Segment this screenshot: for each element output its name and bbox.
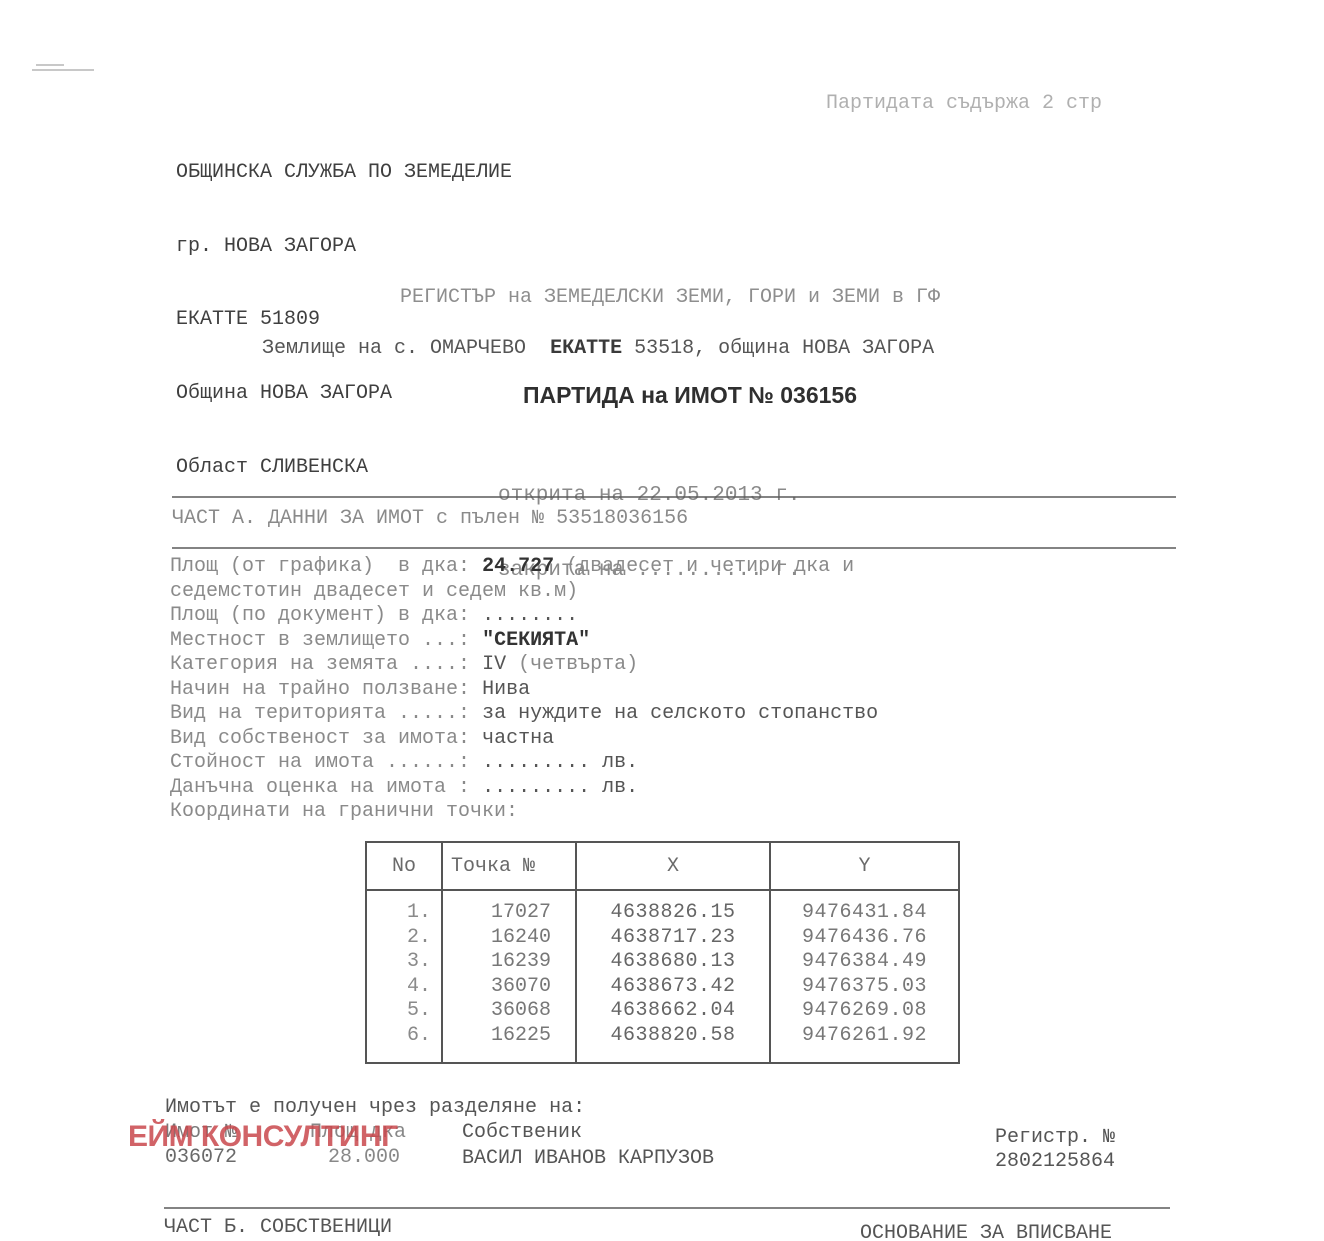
field-value: 24.727 bbox=[482, 555, 554, 578]
field-extra: (двадесет и четири дка и bbox=[554, 555, 854, 578]
cell-y: 9476261.92 bbox=[770, 1024, 959, 1064]
cell-no: 3. bbox=[366, 950, 442, 975]
cell-point: 36068 bbox=[442, 999, 576, 1024]
cell-no: 2. bbox=[366, 926, 442, 951]
property-field-row: Координати на гранични точки: bbox=[170, 800, 878, 825]
office-region: Област СЛИВЕНСКА bbox=[176, 456, 512, 481]
page-count-note: Партидата съдържа 2 стр bbox=[826, 92, 1102, 117]
col-header-point: Точка № bbox=[442, 842, 576, 890]
field-label: Местност в землището ...: bbox=[170, 629, 482, 652]
property-field-row: Данъчна оценка на имота : ......... лв. bbox=[170, 776, 878, 801]
cell-no: 5. bbox=[366, 999, 442, 1024]
field-label: Категория на земята ....: bbox=[170, 653, 482, 676]
cell-x: 4638717.23 bbox=[576, 926, 770, 951]
watermark-logo: ЕЙМ КОНСУЛТИНГ bbox=[128, 1120, 398, 1154]
field-label: Начин на трайно ползване: bbox=[170, 678, 482, 701]
land-ekatte-municipality: 53518, община НОВА ЗАГОРА bbox=[634, 337, 934, 360]
table-row: 6.162254638820.589476261.92 bbox=[366, 1024, 959, 1064]
office-ekatte: ЕКАТТЕ 51809 bbox=[176, 308, 512, 333]
cell-y: 9476384.49 bbox=[770, 950, 959, 975]
land-village: Землище на с. ОМАРЧЕВО bbox=[262, 337, 526, 360]
field-value: ........ bbox=[482, 604, 578, 627]
table-row: 5.360684638662.049476269.08 bbox=[366, 999, 959, 1024]
cell-point: 36070 bbox=[442, 975, 576, 1000]
table-row: 1.170274638826.159476431.84 bbox=[366, 890, 959, 926]
field-label: Данъчна оценка на имота : bbox=[170, 776, 482, 799]
cell-x: 4638680.13 bbox=[576, 950, 770, 975]
field-extra: (четвърта) bbox=[506, 653, 638, 676]
land-ekatte-label: ЕКАТТЕ bbox=[550, 337, 622, 360]
field-label: Вид собственост за имота: bbox=[170, 727, 482, 750]
cell-point: 17027 bbox=[442, 890, 576, 926]
cell-y: 9476436.76 bbox=[770, 926, 959, 951]
split-title: Имотът е получен чрез разделяне на: bbox=[165, 1096, 585, 1121]
property-field-row: Площ (по документ) в дка: ........ bbox=[170, 604, 878, 629]
split-col-owner: Собственик bbox=[462, 1121, 582, 1146]
office-city: гр. НОВА ЗАГОРА bbox=[176, 235, 512, 260]
table-row: 3.162394638680.139476384.49 bbox=[366, 950, 959, 975]
cell-no: 6. bbox=[366, 1024, 442, 1064]
split-reg-number: 2802125864 bbox=[995, 1150, 1115, 1175]
field-label: седемстотин двадесет и седем кв.м) bbox=[170, 580, 578, 603]
property-field-row: седемстотин двадесет и седем кв.м) bbox=[170, 580, 878, 605]
cell-x: 4638662.04 bbox=[576, 999, 770, 1024]
table-row: 2.162404638717.239476436.76 bbox=[366, 926, 959, 951]
cell-no: 4. bbox=[366, 975, 442, 1000]
cell-point: 16225 bbox=[442, 1024, 576, 1064]
property-field-row: Местност в землището ...: "СЕКИЯТА" bbox=[170, 629, 878, 654]
field-value: IV bbox=[482, 653, 506, 676]
cell-point: 16239 bbox=[442, 950, 576, 975]
property-field-row: Категория на земята ....: IV (четвърта) bbox=[170, 653, 878, 678]
cell-point: 16240 bbox=[442, 926, 576, 951]
field-value: Нива bbox=[482, 678, 530, 701]
field-label: Вид на територията .....: bbox=[170, 702, 482, 725]
cell-x: 4638673.42 bbox=[576, 975, 770, 1000]
register-title: РЕГИСТЪР на ЗЕМЕДЕЛСКИ ЗЕМИ, ГОРИ и ЗЕМИ… bbox=[0, 286, 1324, 311]
cell-y: 9476269.08 bbox=[770, 999, 959, 1024]
basis-header: ОСНОВАНИЕ ЗА ВПИСВАНЕ bbox=[860, 1222, 1112, 1241]
split-owner-name: ВАСИЛ ИВАНОВ КАРПУЗОВ bbox=[462, 1147, 714, 1172]
field-label: Площ (от графика) в дка: bbox=[170, 555, 482, 578]
field-label: Площ (по документ) в дка: bbox=[170, 604, 482, 627]
land-line: Землище на с. ОМАРЧЕВО ЕКАТТЕ 53518, общ… bbox=[262, 337, 934, 362]
scan-artifact bbox=[32, 64, 98, 74]
cell-x: 4638820.58 bbox=[576, 1024, 770, 1064]
col-header-x: X bbox=[576, 842, 770, 890]
section-a-title: ЧАСТ А. ДАННИ ЗА ИМОТ с пълен № 53518036… bbox=[172, 507, 688, 532]
divider bbox=[172, 496, 1176, 498]
cell-no: 1. bbox=[366, 890, 442, 926]
property-field-row: Вид на територията .....: за нуждите на … bbox=[170, 702, 878, 727]
property-field-row: Вид собственост за имота: частна bbox=[170, 727, 878, 752]
divider bbox=[164, 1207, 1170, 1209]
cell-x: 4638826.15 bbox=[576, 890, 770, 926]
cell-y: 9476431.84 bbox=[770, 890, 959, 926]
section-b-title: ЧАСТ Б. СОБСТВЕНИЦИ bbox=[164, 1216, 392, 1241]
field-value: ......... лв. bbox=[482, 751, 638, 774]
field-value: ......... лв. bbox=[482, 776, 638, 799]
property-field-row: Стойност на имота ......: ......... лв. bbox=[170, 751, 878, 776]
office-name: ОБЩИНСКА СЛУЖБА ПО ЗЕМЕДЕЛИЕ bbox=[176, 161, 512, 186]
table-row: 4.360704638673.429476375.03 bbox=[366, 975, 959, 1000]
field-label: Координати на гранични точки: bbox=[170, 800, 518, 823]
cell-y: 9476375.03 bbox=[770, 975, 959, 1000]
field-value: частна bbox=[482, 727, 554, 750]
field-label: Стойност на имота ......: bbox=[170, 751, 482, 774]
coordinates-table: No Точка № X Y 1.170274638826.159476431.… bbox=[365, 841, 960, 1064]
property-field-row: Площ (от графика) в дка: 24.727 (двадесе… bbox=[170, 555, 878, 580]
col-header-y: Y bbox=[770, 842, 959, 890]
field-value: за нуждите на селското стопанство bbox=[482, 702, 878, 725]
col-header-no: No bbox=[366, 842, 442, 890]
divider bbox=[172, 547, 1176, 549]
field-value: "СЕКИЯТА" bbox=[482, 629, 590, 652]
property-field-row: Начин на трайно ползване: Нива bbox=[170, 678, 878, 703]
partida-title: ПАРТИДА на ИМОТ № 036156 bbox=[0, 382, 1324, 409]
split-col-reg: Регистр. № bbox=[995, 1126, 1115, 1151]
property-fields: Площ (от графика) в дка: 24.727 (двадесе… bbox=[170, 555, 878, 825]
